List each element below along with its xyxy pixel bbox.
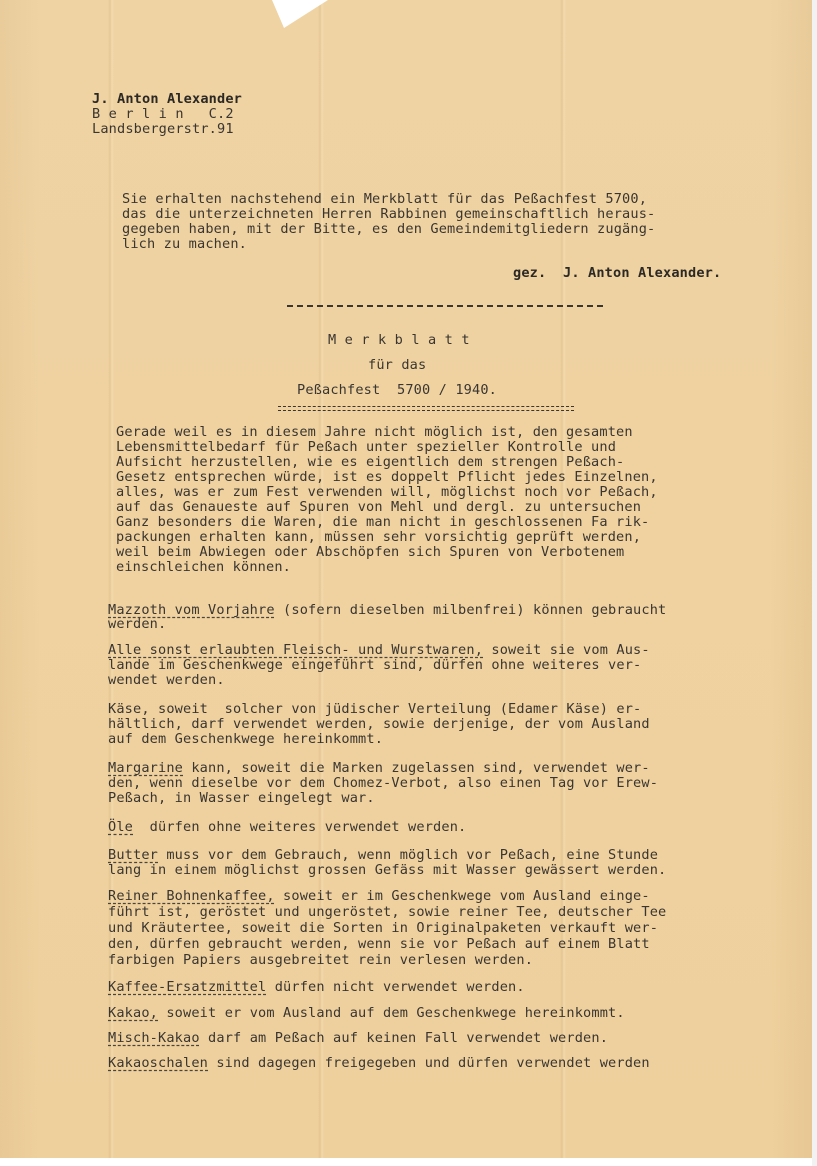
item-text: soweit solcher von jüdischer Verteilung … [150, 701, 642, 717]
dashed-separator [287, 305, 603, 307]
paper-right-edge [812, 0, 817, 1166]
intro-line: Gerade weil es in diesem Jahre nicht mög… [116, 425, 633, 440]
item-text: soweit sie vom Aus- [483, 642, 650, 658]
item-text: sind dagegen freigegeben und dürfen verw… [208, 1055, 650, 1071]
torn-corner [272, 0, 328, 28]
item-text: lande im Geschenkwege eingeführt sind, d… [108, 658, 641, 673]
item-text: lang in einem möglichst grossen Gefäss m… [108, 863, 666, 878]
item-text: soweit er vom Ausland auf dem Geschenkwe… [158, 1005, 625, 1021]
title-fuer-das: für das [368, 358, 426, 373]
paper-fold [560, 0, 566, 1160]
title-pessachfest: Peßachfest 5700 / 1940. [297, 383, 497, 398]
item-term: Öle [108, 819, 133, 835]
title-double-underline [278, 406, 574, 411]
item-text: wendet werden. [108, 673, 225, 688]
item-text: farbigen Papiers ausgebreitet rein verle… [108, 953, 533, 968]
cover-line: lich zu machen. [122, 237, 247, 252]
item-text: dürfen ohne weiteres verwendet werden. [133, 819, 466, 835]
item-term: Kakaoschalen [108, 1055, 208, 1071]
paper-bottom-edge [0, 1158, 817, 1166]
item-text: und Kräutertee, soweit die Sorten in Ori… [108, 921, 658, 936]
item-text: (sofern dieselben milbenfrei) können geb… [275, 602, 667, 618]
item-term: Butter [108, 847, 158, 863]
item-text: führt ist, geröstet und ungeröstet, sowi… [108, 905, 666, 920]
sender-street: Landsbergerstr.91 [92, 122, 234, 137]
signature: gez. J. Anton Alexander. [513, 266, 721, 281]
item-text: hältlich, darf verwendet werden, sowie d… [108, 717, 650, 732]
item-text: soweit er im Geschenkwege vom Ausland ei… [275, 888, 650, 904]
item-term: Kakao, [108, 1005, 158, 1021]
sender-city: B e r l i n C.2 [92, 107, 234, 122]
item-term: Käse, [108, 701, 150, 717]
item-term: Misch-Kakao [108, 1030, 200, 1046]
intro-line: alles, was er zum Fest verwenden will, m… [116, 485, 658, 500]
item-text: dürfen nicht verwendet werden. [266, 979, 524, 995]
item-term: Reiner Bohnenkaffee, [108, 888, 275, 904]
item-text: Peßach, in Wasser eingelegt war. [108, 791, 375, 806]
item-text: den, wenn dieselbe vor dem Chomez-Verbot… [108, 776, 658, 791]
intro-line: Aufsicht herzustellen, wie es eigentlich… [116, 455, 624, 470]
item-term: Kaffee-Ersatzmittel [108, 979, 266, 995]
item-text: muss vor dem Gebrauch, wenn möglich vor … [158, 847, 658, 863]
title-merkblatt: M e r k b l a t t [328, 333, 470, 348]
intro-line: einschleichen können. [116, 560, 291, 575]
cover-line: Sie erhalten nachstehend ein Merkblatt f… [122, 192, 647, 207]
item-text: den, dürfen gebraucht werden, wenn sie v… [108, 937, 650, 952]
cover-line: das die unterzeichneten Herren Rabbinen … [122, 207, 655, 222]
item-term: Alle sonst erlaubten Fleisch- und Wurstw… [108, 642, 483, 658]
intro-line: Ganz besonders die Waren, die man nicht … [116, 515, 649, 530]
cover-line: gegeben haben, mit der Bitte, es den Gem… [122, 222, 655, 237]
item-text: auf dem Geschenkwege hereinkommt. [108, 732, 383, 747]
item-text: darf am Peßach auf keinen Fall verwendet… [200, 1030, 608, 1046]
item-text: kann, soweit die Marken zugelassen sind,… [183, 760, 650, 776]
sender-name: J. Anton Alexander [92, 92, 242, 107]
intro-line: auf das Genaueste auf Spuren von Mehl un… [116, 500, 641, 515]
item-text: werden. [108, 617, 166, 632]
intro-line: weil beim Abwiegen oder Abschöpfen sich … [116, 545, 624, 560]
intro-line: Lebensmittelbedarf für Peßach unter spez… [116, 440, 616, 455]
intro-line: Gesetz entsprechen würde, ist es doppelt… [116, 470, 658, 485]
intro-line: packungen erhalten kann, müssen sehr vor… [116, 530, 641, 545]
item-term: Margarine [108, 760, 183, 776]
